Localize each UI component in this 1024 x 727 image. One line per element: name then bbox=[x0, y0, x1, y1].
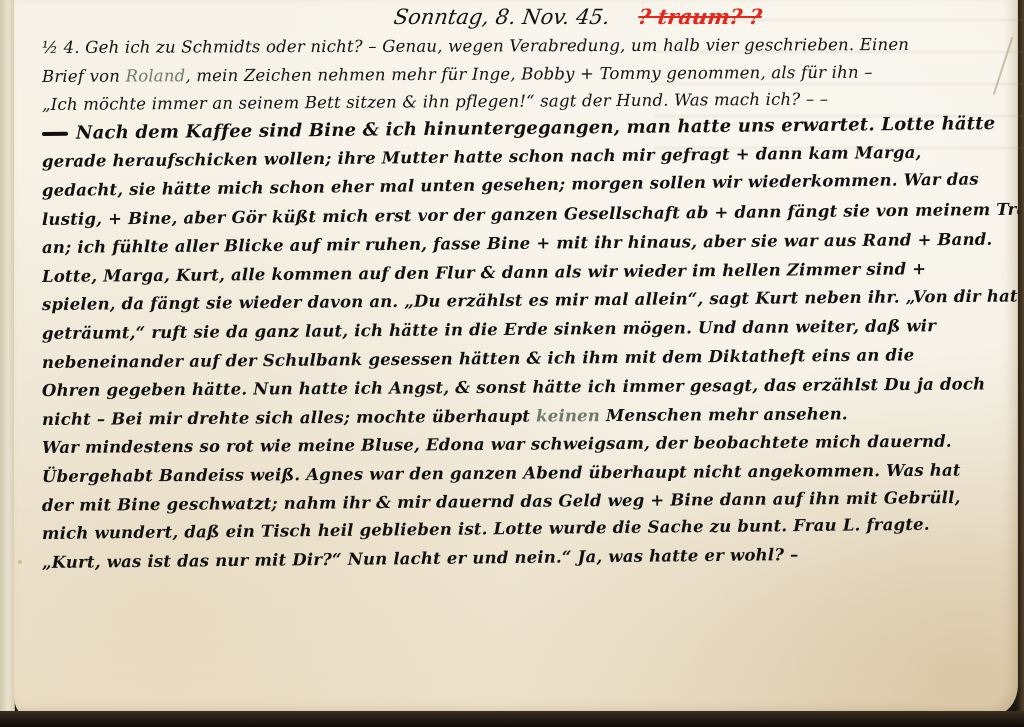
red-annotation: ? traum? ? bbox=[637, 4, 764, 29]
entry-date: Sonntag, 8. Nov. 45. bbox=[392, 5, 611, 29]
scan-bottom-edge bbox=[0, 711, 1024, 727]
book-binding-edge bbox=[0, 0, 15, 727]
scanned-diary-page: Sonntag, 8. Nov. 45. ? traum? ? ½ 4. Geh… bbox=[0, 0, 1024, 727]
paper-page: Sonntag, 8. Nov. 45. ? traum? ? ½ 4. Geh… bbox=[14, 0, 1018, 714]
faint-ink-word: Roland bbox=[125, 66, 185, 85]
entry-header: Sonntag, 8. Nov. 45. ? traum? ? bbox=[392, 4, 763, 29]
page-curl-shadow bbox=[1016, 0, 1024, 727]
handwritten-text-block: ½ 4. Geh ich zu Schmidts oder nicht? – G… bbox=[42, 34, 1020, 577]
paper-spot bbox=[18, 560, 22, 564]
faint-ink-word: keinen bbox=[536, 406, 600, 425]
paragraph-dash bbox=[42, 132, 68, 136]
